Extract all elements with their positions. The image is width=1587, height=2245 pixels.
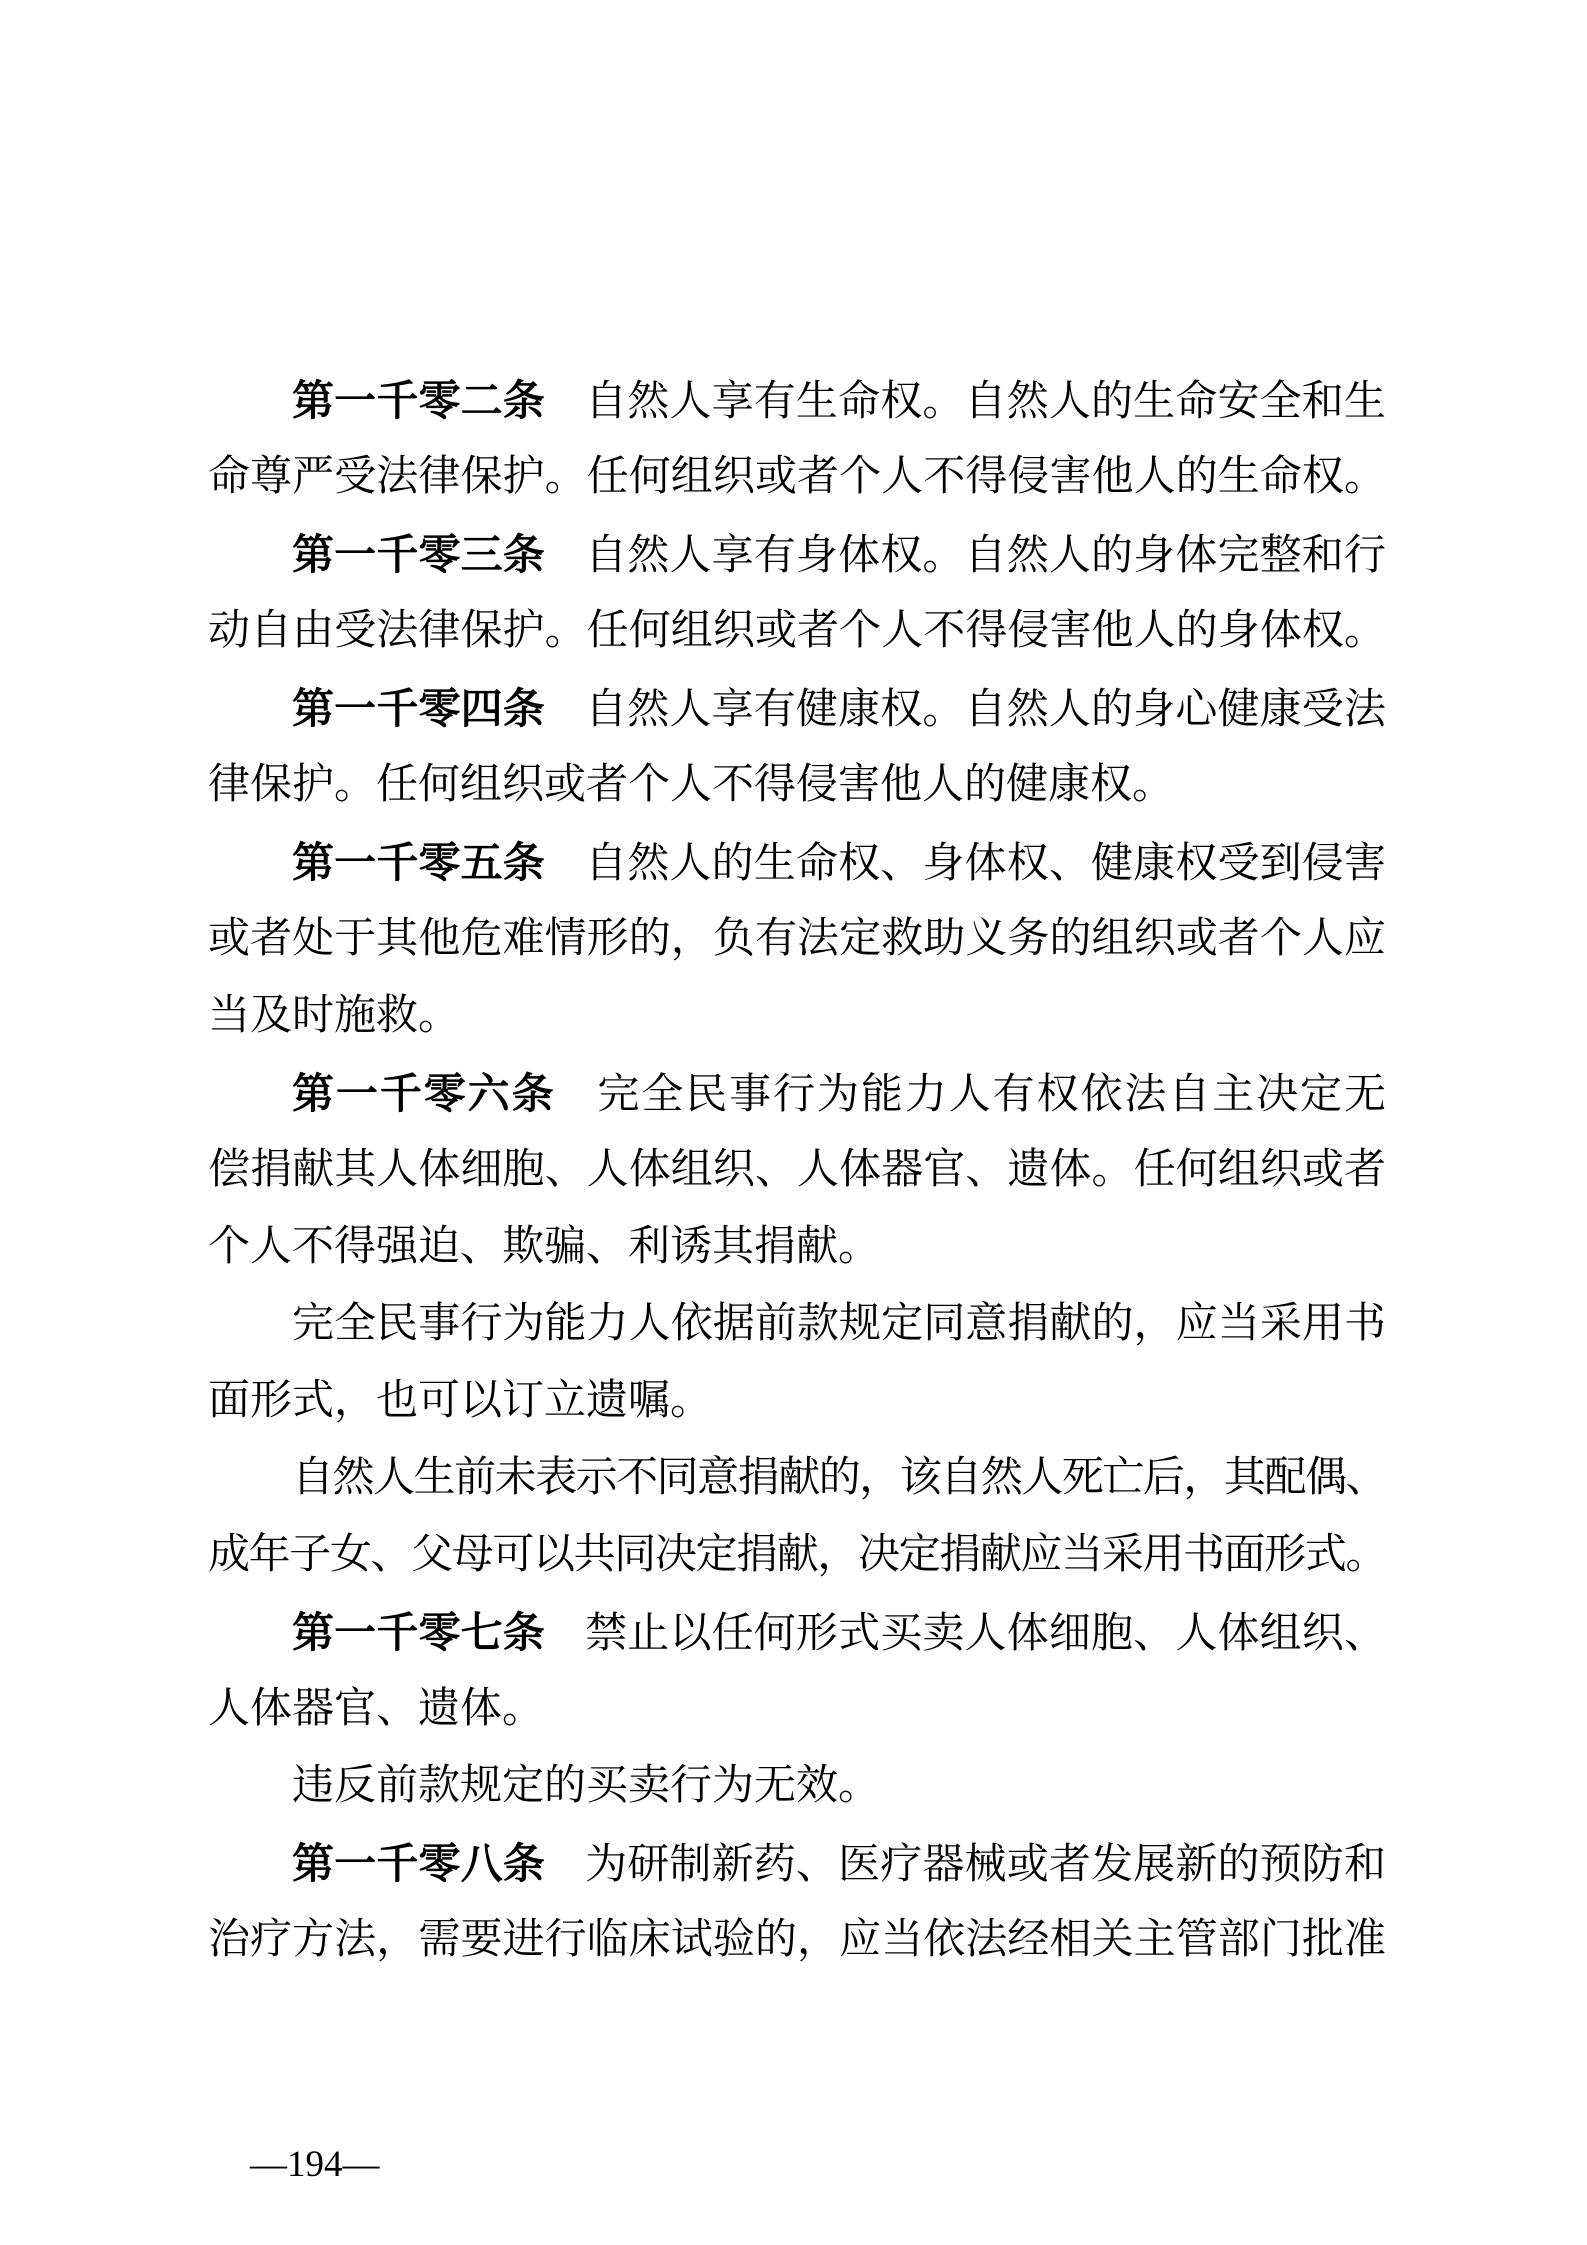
article-heading-line: 第一千零三条自然人享有身体权。自然人的身体完整和行 xyxy=(208,516,1386,593)
line-text: 或者处于其他危难情形的，负有法定救助义务的组织或者个人应 xyxy=(208,916,1386,962)
line-text: 禁止以任何形式买卖人体细胞、人体组织、 xyxy=(585,1611,1386,1657)
document-page: 第一千零二条自然人享有生命权。自然人的生命安全和生命尊严受法律保护。任何组织或者… xyxy=(0,0,1587,2245)
line-text: 完全民事行为能力人有权依法自主决定无 xyxy=(596,1072,1386,1118)
text-line: 律保护。任何组织或者个人不得侵害他人的健康权。 xyxy=(208,747,1386,824)
line-text: 个人不得强迫、欺骗、利诱其捐献。 xyxy=(208,1224,880,1270)
article-heading-line: 第一千零二条自然人享有生命权。自然人的生命安全和生 xyxy=(208,362,1386,439)
article-heading-line: 第一千零七条禁止以任何形式买卖人体细胞、人体组织、 xyxy=(208,1594,1386,1671)
line-text: 自然人享有生命权。自然人的生命安全和生 xyxy=(585,379,1386,425)
article-number-gap xyxy=(545,722,585,723)
article-heading-line: 第一千零八条为研制新药、医疗器械或者发展新的预防和 xyxy=(208,1825,1386,1902)
text-block: 第一千零二条自然人享有生命权。自然人的生命安全和生命尊严受法律保护。任何组织或者… xyxy=(208,362,1386,1979)
line-text: 命尊严受法律保护。任何组织或者个人不得侵害他人的生命权。 xyxy=(208,454,1386,500)
article-number-gap xyxy=(545,876,585,877)
article-number: 第一千零六条 xyxy=(292,1070,556,1117)
page-footer: —194— xyxy=(250,2143,380,2187)
line-text: 人体器官、遗体。 xyxy=(208,1686,544,1732)
line-text: 自然人享有健康权。自然人的身心健康受法 xyxy=(585,687,1386,733)
article-number: 第一千零四条 xyxy=(292,685,545,732)
line-text: 治疗方法，需要进行临床试验的，应当依法经相关主管部门批准 xyxy=(208,1917,1386,1963)
line-text: 偿捐献其人体细胞、人体组织、人体器官、遗体。任何组织或者 xyxy=(208,1147,1386,1193)
article-number-gap xyxy=(545,414,585,415)
article-number: 第一千零三条 xyxy=(292,531,545,578)
line-text: 面形式，也可以订立遗嘱。 xyxy=(208,1378,712,1424)
text-line: 治疗方法，需要进行临床试验的，应当依法经相关主管部门批准 xyxy=(208,1902,1386,1979)
article-number-gap xyxy=(556,1107,596,1108)
article-heading-line: 第一千零四条自然人享有健康权。自然人的身心健康受法 xyxy=(208,670,1386,747)
article-number-gap xyxy=(545,568,585,569)
article-number: 第一千零二条 xyxy=(292,377,545,424)
text-line: 完全民事行为能力人依据前款规定同意捐献的，应当采用书 xyxy=(208,1286,1386,1363)
text-line: 或者处于其他危难情形的，负有法定救助义务的组织或者个人应 xyxy=(208,901,1386,978)
line-text: 成年子女、父母可以共同决定捐献，决定捐献应当采用书面形式。 xyxy=(208,1532,1386,1578)
line-text: 自然人的生命权、身体权、健康权受到侵害 xyxy=(585,841,1386,887)
text-line: 动自由受法律保护。任何组织或者个人不得侵害他人的身体权。 xyxy=(208,593,1386,670)
text-line: 面形式，也可以订立遗嘱。 xyxy=(208,1363,1386,1440)
article-heading-line: 第一千零五条自然人的生命权、身体权、健康权受到侵害 xyxy=(208,824,1386,901)
text-line: 自然人生前未表示不同意捐献的，该自然人死亡后，其配偶、 xyxy=(208,1440,1386,1517)
line-text: 动自由受法律保护。任何组织或者个人不得侵害他人的身体权。 xyxy=(208,608,1386,654)
page-number: —194— xyxy=(250,2144,380,2185)
text-line: 命尊严受法律保护。任何组织或者个人不得侵害他人的生命权。 xyxy=(208,439,1386,516)
text-line: 当及时施救。 xyxy=(208,978,1386,1055)
text-line: 成年子女、父母可以共同决定捐献，决定捐献应当采用书面形式。 xyxy=(208,1517,1386,1594)
article-number: 第一千零五条 xyxy=(292,839,545,886)
line-text: 当及时施救。 xyxy=(208,993,460,1039)
article-number-gap xyxy=(545,1646,585,1647)
article-number-gap xyxy=(545,1877,585,1878)
article-number: 第一千零七条 xyxy=(292,1609,545,1656)
line-text: 为研制新药、医疗器械或者发展新的预防和 xyxy=(585,1842,1386,1888)
line-text: 律保护。任何组织或者个人不得侵害他人的健康权。 xyxy=(208,762,1174,808)
text-line: 偿捐献其人体细胞、人体组织、人体器官、遗体。任何组织或者 xyxy=(208,1132,1386,1209)
line-text: 完全民事行为能力人依据前款规定同意捐献的，应当采用书 xyxy=(292,1301,1386,1347)
article-heading-line: 第一千零六条完全民事行为能力人有权依法自主决定无 xyxy=(208,1055,1386,1132)
text-line: 违反前款规定的买卖行为无效。 xyxy=(208,1748,1386,1825)
line-text: 自然人生前未表示不同意捐献的，该自然人死亡后，其配偶、 xyxy=(292,1455,1386,1501)
line-text: 自然人享有身体权。自然人的身体完整和行 xyxy=(585,533,1386,579)
line-text: 违反前款规定的买卖行为无效。 xyxy=(292,1763,880,1809)
text-line: 人体器官、遗体。 xyxy=(208,1671,1386,1748)
text-line: 个人不得强迫、欺骗、利诱其捐献。 xyxy=(208,1209,1386,1286)
article-number: 第一千零八条 xyxy=(292,1840,545,1887)
